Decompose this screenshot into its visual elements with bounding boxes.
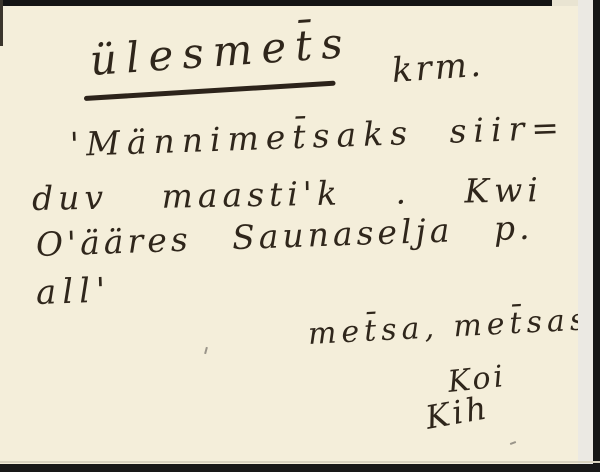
- bottom-border-bar: [0, 464, 600, 472]
- quote-line-2: duv maasti'k . Kwi: [32, 173, 543, 215]
- left-border-line: [0, 0, 3, 46]
- headword-underline: [84, 81, 336, 101]
- case-annotation: krm.: [391, 48, 485, 88]
- abbreviation-line-2: Kih: [423, 391, 491, 434]
- headword: ülesmet̄s: [89, 22, 353, 82]
- scanned-card-image: ülesmet̄s krm. 'Männimet̄saks siir= duv …: [0, 0, 600, 472]
- quote-line-3: O'ääres Saunaselja p.: [35, 211, 534, 261]
- quote-line-1: 'Männimet̄saks siir=: [69, 111, 566, 161]
- right-white-strip: [578, 0, 593, 472]
- right-border-bar: [593, 0, 600, 472]
- inflection-forms: met̄sa, met̄sast: [307, 304, 600, 350]
- quote-line-4: all': [35, 273, 112, 310]
- top-border-bar: [0, 0, 600, 6]
- ink-speck: [204, 347, 208, 354]
- ink-speck: [510, 441, 516, 445]
- card-bottom-edge: [0, 461, 600, 463]
